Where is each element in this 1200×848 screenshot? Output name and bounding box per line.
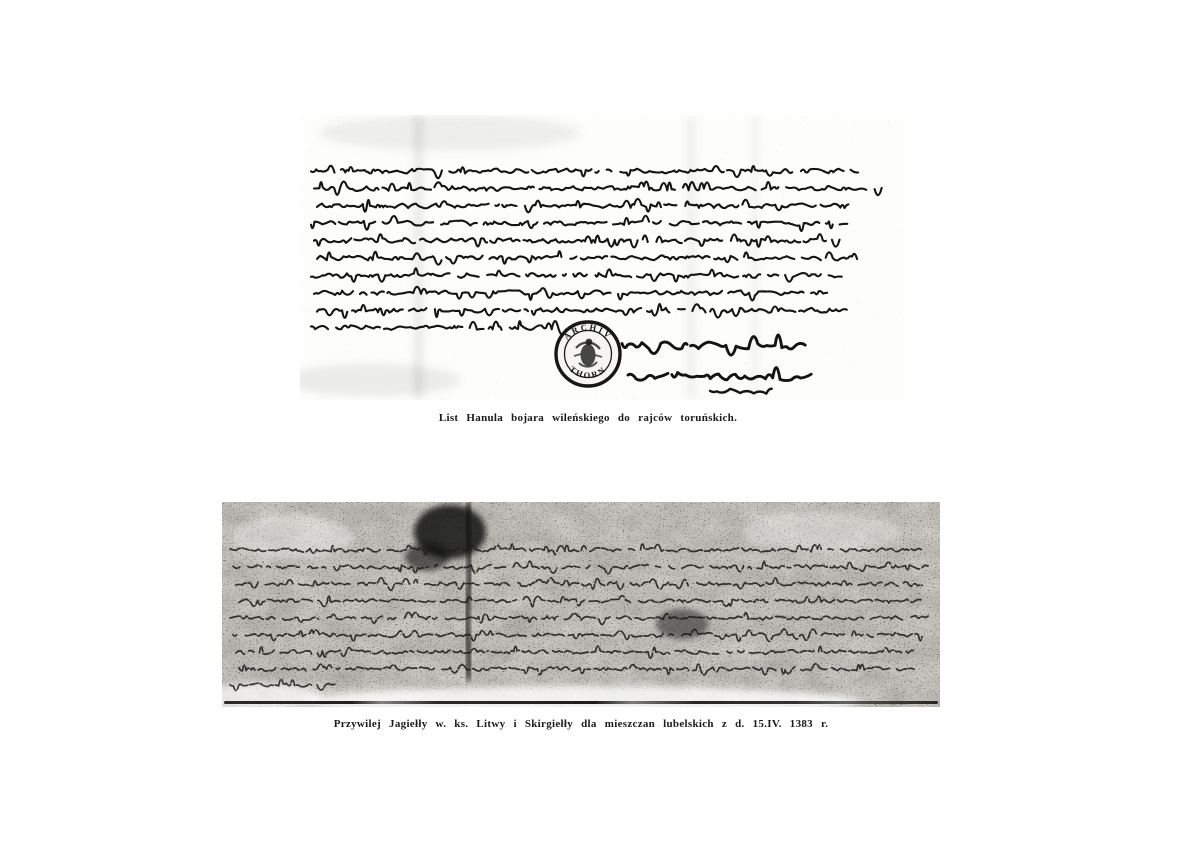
photo-bottom-edge-rule [224, 701, 938, 704]
manuscript-photo-bottom [222, 502, 940, 707]
figure-caption-top: List Hanula bojara wileńskiego do rajców… [288, 412, 888, 424]
manuscript-photo-top: ARCHIV THORN [300, 115, 905, 400]
figure-caption-bottom: Przywilej Jagiełły w. ks. Litwy i Skirgi… [281, 718, 881, 730]
manuscript-image-top: ARCHIV THORN [300, 115, 905, 400]
archive-seal-stamp: ARCHIV THORN [556, 322, 620, 386]
book-plate-page: ARCHIV THORN List Hanula bojara wileński… [0, 0, 1200, 848]
manuscript-image-bottom [222, 502, 940, 707]
